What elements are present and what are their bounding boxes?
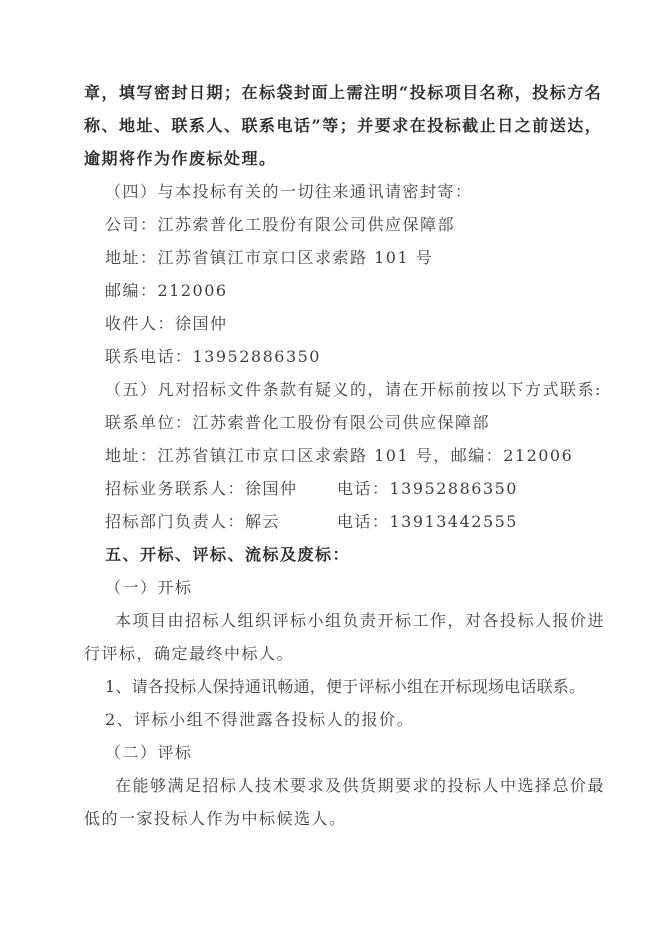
text-line: 收件人：徐国仲 [84,307,594,340]
line-text: 逾期将作为作废标处理。 [84,149,277,168]
text-line: 邮编：212006 [84,274,594,307]
line-text: 公司：江苏索普化工股份有限公司供应保障部 [105,215,455,234]
line-text: （一）开标 [105,578,193,597]
text-line: （二）评标 [84,736,594,769]
heading-line: 五、开标、评标、流标及废标： [84,538,594,571]
line-text: 收件人：徐国仲 [105,314,228,333]
line-text: 本项目由招标人组织评标小组负责开标工作，对各投标人报价进 [115,611,605,630]
line-text: 联系单位：江苏索普化工股份有限公司供应保障部 [105,413,490,432]
line-text: 招标部门负责人：解云 [105,512,280,531]
text-line: 2、评标小组不得泄露各投标人的报价。 [84,703,594,736]
line-text: 联系电话：13952886350 [105,347,321,366]
text-line: （五）凡对招标文件条款有疑义的，请在开标前按以下方式联系: [84,373,594,406]
line-text: 招标业务联系人：徐国仲 [105,479,298,498]
line-text: 行评标，确定最终中标人。 [84,644,294,663]
text-line: 公司：江苏索普化工股份有限公司供应保障部 [84,208,594,241]
line-text: 五、开标、评标、流标及废标： [105,545,350,564]
text-line: 联系电话：13952886350 [84,340,594,373]
heading-line: 逾期将作为作废标处理。 [84,142,594,175]
text-line: 地址：江苏省镇江市京口区求索路 101 号，邮编：212006 [84,439,594,472]
line-text: （二）评标 [105,743,193,762]
line-text: （五）凡对招标文件条款有疑义的，请在开标前按以下方式联系: [105,380,602,399]
text-line: 低的一家投标人作为中标候选人。 [84,802,594,835]
text-line: 在能够满足招标人技术要求及供货期要求的投标人中选择总价最 [84,769,594,802]
line-text: 2、评标小组不得泄露各投标人的报价。 [105,710,414,729]
text-line: 招标业务联系人：徐国仲电话：13952886350 [84,472,594,505]
line-text: 称、地址、联系人、联系电话”等；并要求在投标截止日之前送达， [84,116,602,135]
line-text: 地址：江苏省镇江市京口区求索路 101 号 [105,248,433,267]
line-text: 在能够满足招标人技术要求及供货期要求的投标人中选择总价最 [115,776,605,795]
document-body: 章，填写密封日期；在标袋封面上需注明“投标项目名称，投标方名称、地址、联系人、联… [84,76,594,835]
text-line: 招标部门负责人：解云电话：13913442555 [84,505,594,538]
line-text: 邮编：212006 [105,281,228,300]
phone-field: 电话：13913442555 [337,505,518,538]
text-line: 联系单位：江苏索普化工股份有限公司供应保障部 [84,406,594,439]
line-text: 1、请各投标人保持通讯畅通，便于评标小组在开标现场电话联系。 [105,677,585,696]
heading-line: 章，填写密封日期；在标袋封面上需注明“投标项目名称，投标方名 [84,76,594,109]
text-line: 行评标，确定最终中标人。 [84,637,594,670]
phone-field: 电话：13952886350 [337,472,518,505]
text-line: 地址：江苏省镇江市京口区求索路 101 号 [84,241,594,274]
heading-line: 称、地址、联系人、联系电话”等；并要求在投标截止日之前送达， [84,109,594,142]
line-text: （四）与本投标有关的一切往来通讯请密封寄： [105,182,473,201]
line-text: 低的一家投标人作为中标候选人。 [84,809,347,828]
text-line: 1、请各投标人保持通讯畅通，便于评标小组在开标现场电话联系。 [84,670,594,703]
text-line: 本项目由招标人组织评标小组负责开标工作，对各投标人报价进 [84,604,594,637]
line-text: 章，填写密封日期；在标袋封面上需注明“投标项目名称，投标方名 [84,83,602,102]
line-text: 地址：江苏省镇江市京口区求索路 101 号，邮编：212006 [105,446,573,465]
document-page: 章，填写密封日期；在标袋封面上需注明“投标项目名称，投标方名称、地址、联系人、联… [0,0,662,936]
text-line: （四）与本投标有关的一切往来通讯请密封寄： [84,175,594,208]
text-line: （一）开标 [84,571,594,604]
